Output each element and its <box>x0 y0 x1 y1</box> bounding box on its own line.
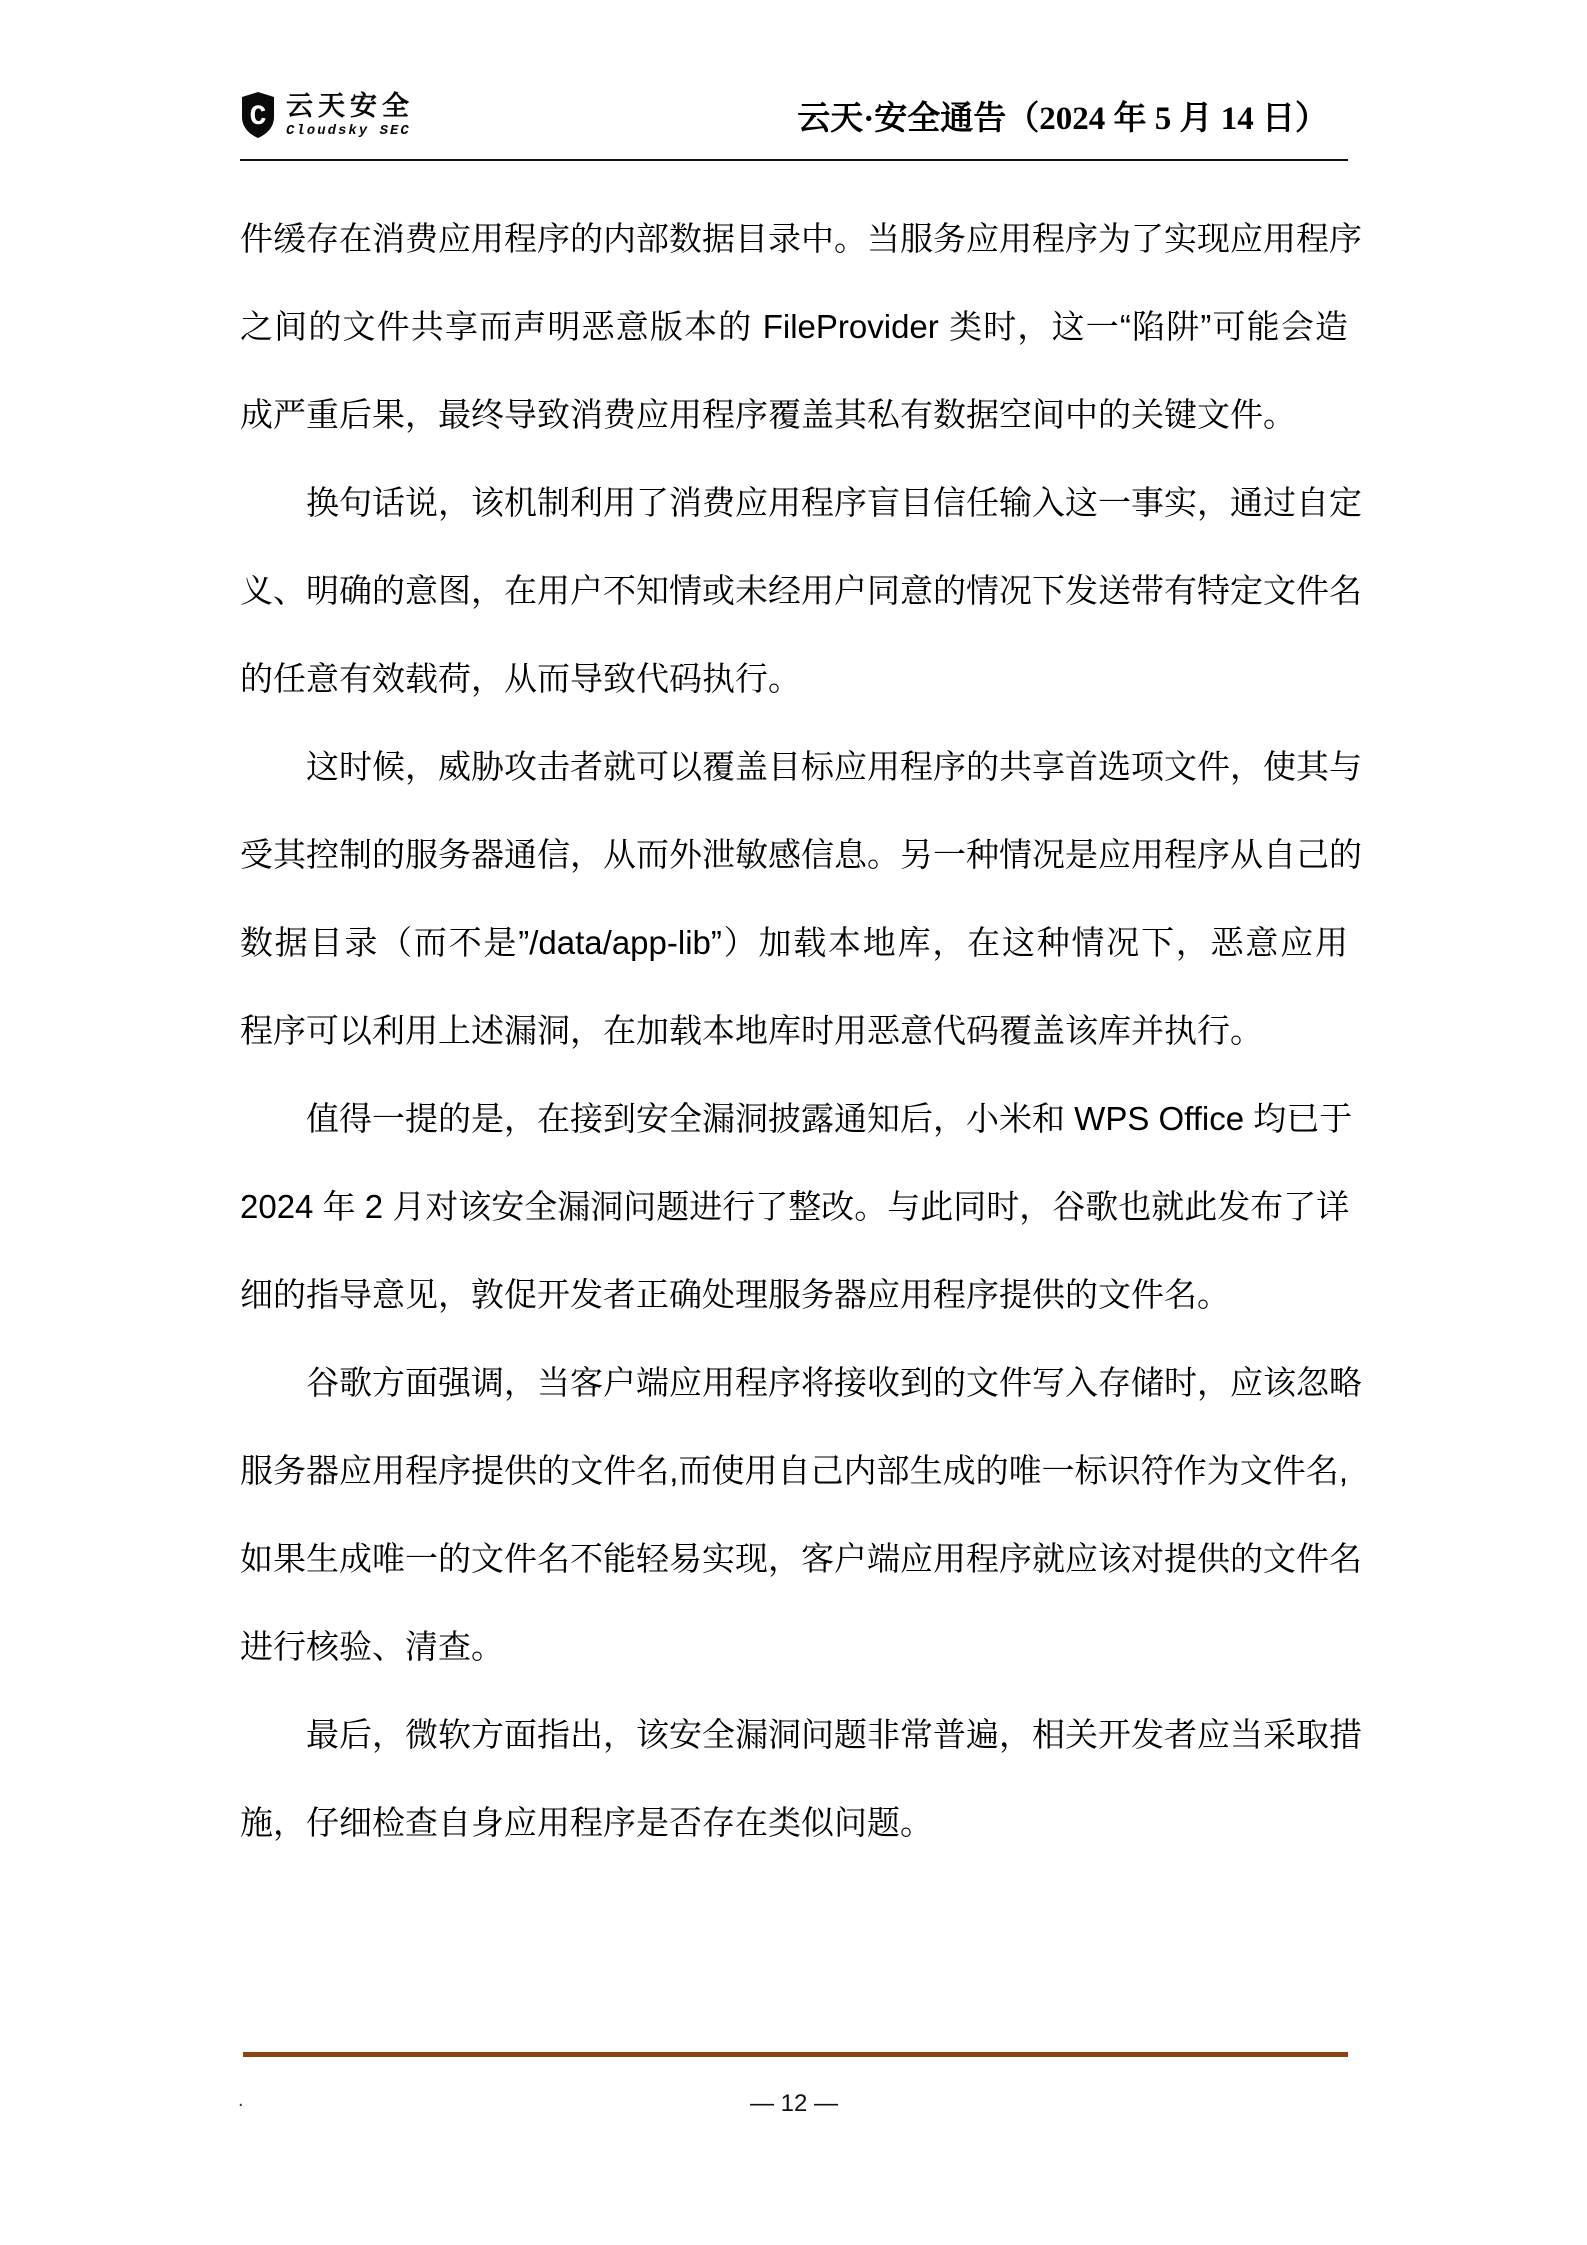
body-line: 之间的文件共享而声明恶意版本的 FileProvider 类时，这一“陷阱”可能… <box>240 283 1348 371</box>
page-header: C 云天安全 Cloudsky SEC 云天·安全通告（2024 年 5 月 1… <box>240 0 1348 161</box>
body-line: 进行核验、清查。 <box>240 1603 1348 1691</box>
body-text: 件缓存在消费应用程序的内部数据目录中。当服务应用程序为了实现应用程序之间的文件共… <box>240 195 1348 1867</box>
body-line: 最后，微软方面指出，该安全漏洞问题非常普遍，相关开发者应当采取措 <box>240 1691 1348 1779</box>
document-page: C 云天安全 Cloudsky SEC 云天·安全通告（2024 年 5 月 1… <box>0 0 1587 2245</box>
body-line: 程序可以利用上述漏洞，在加载本地库时用恶意代码覆盖该库并执行。 <box>240 987 1348 1075</box>
body-line: 2024 年 2 月对该安全漏洞问题进行了整改。与此同时，谷歌也就此发布了详 <box>240 1163 1348 1251</box>
body-line: 换句话说，该机制利用了消费应用程序盲目信任输入这一事实，通过自定 <box>240 459 1348 547</box>
body-line: 数据目录（而不是”/data/app-lib”）加载本地库，在这种情况下，恶意应… <box>240 899 1348 987</box>
body-line: 谷歌方面强调，当客户端应用程序将接收到的文件写入存储时，应该忽略 <box>240 1339 1348 1427</box>
body-line: 施，仔细检查自身应用程序是否存在类似问题。 <box>240 1779 1348 1867</box>
logo-name-cn: 云天安全 <box>286 93 414 120</box>
body-line: 件缓存在消费应用程序的内部数据目录中。当服务应用程序为了实现应用程序 <box>240 195 1348 283</box>
body-line: 的任意有效载荷，从而导致代码执行。 <box>240 635 1348 723</box>
footer-rule <box>243 2052 1348 2057</box>
body-line: 细的指导意见，敦促开发者正确处理服务器应用程序提供的文件名。 <box>240 1251 1348 1339</box>
bulletin-title: 云天·安全通告（2024 年 5 月 14 日） <box>797 92 1348 139</box>
shield-c-icon: C <box>240 91 276 139</box>
body-line: 值得一提的是，在接到安全漏洞披露通知后，小米和 WPS Office 均已于 <box>240 1075 1348 1163</box>
body-line: 如果生成唯一的文件名不能轻易实现，客户端应用程序就应该对提供的文件名 <box>240 1515 1348 1603</box>
svg-text:C: C <box>250 102 267 133</box>
logo-name-en: Cloudsky SEC <box>286 124 414 138</box>
body-line: 受其控制的服务器通信，从而外泄敏感信息。另一种情况是应用程序从自己的 <box>240 811 1348 899</box>
logo-text: 云天安全 Cloudsky SEC <box>286 93 414 138</box>
body-line: 成严重后果，最终导致消费应用程序覆盖其私有数据空间中的关键文件。 <box>240 371 1348 459</box>
body-line: 这时候，威胁攻击者就可以覆盖目标应用程序的共享首选项文件，使其与 <box>240 723 1348 811</box>
page-number: — 12 — <box>240 2090 1348 2118</box>
company-logo: C 云天安全 Cloudsky SEC <box>240 91 414 139</box>
body-line: 服务器应用程序提供的文件名,而使用自己内部生成的唯一标识符作为文件名, <box>240 1427 1348 1515</box>
body-line: 义、明确的意图，在用户不知情或未经用户同意的情况下发送带有特定文件名 <box>240 547 1348 635</box>
